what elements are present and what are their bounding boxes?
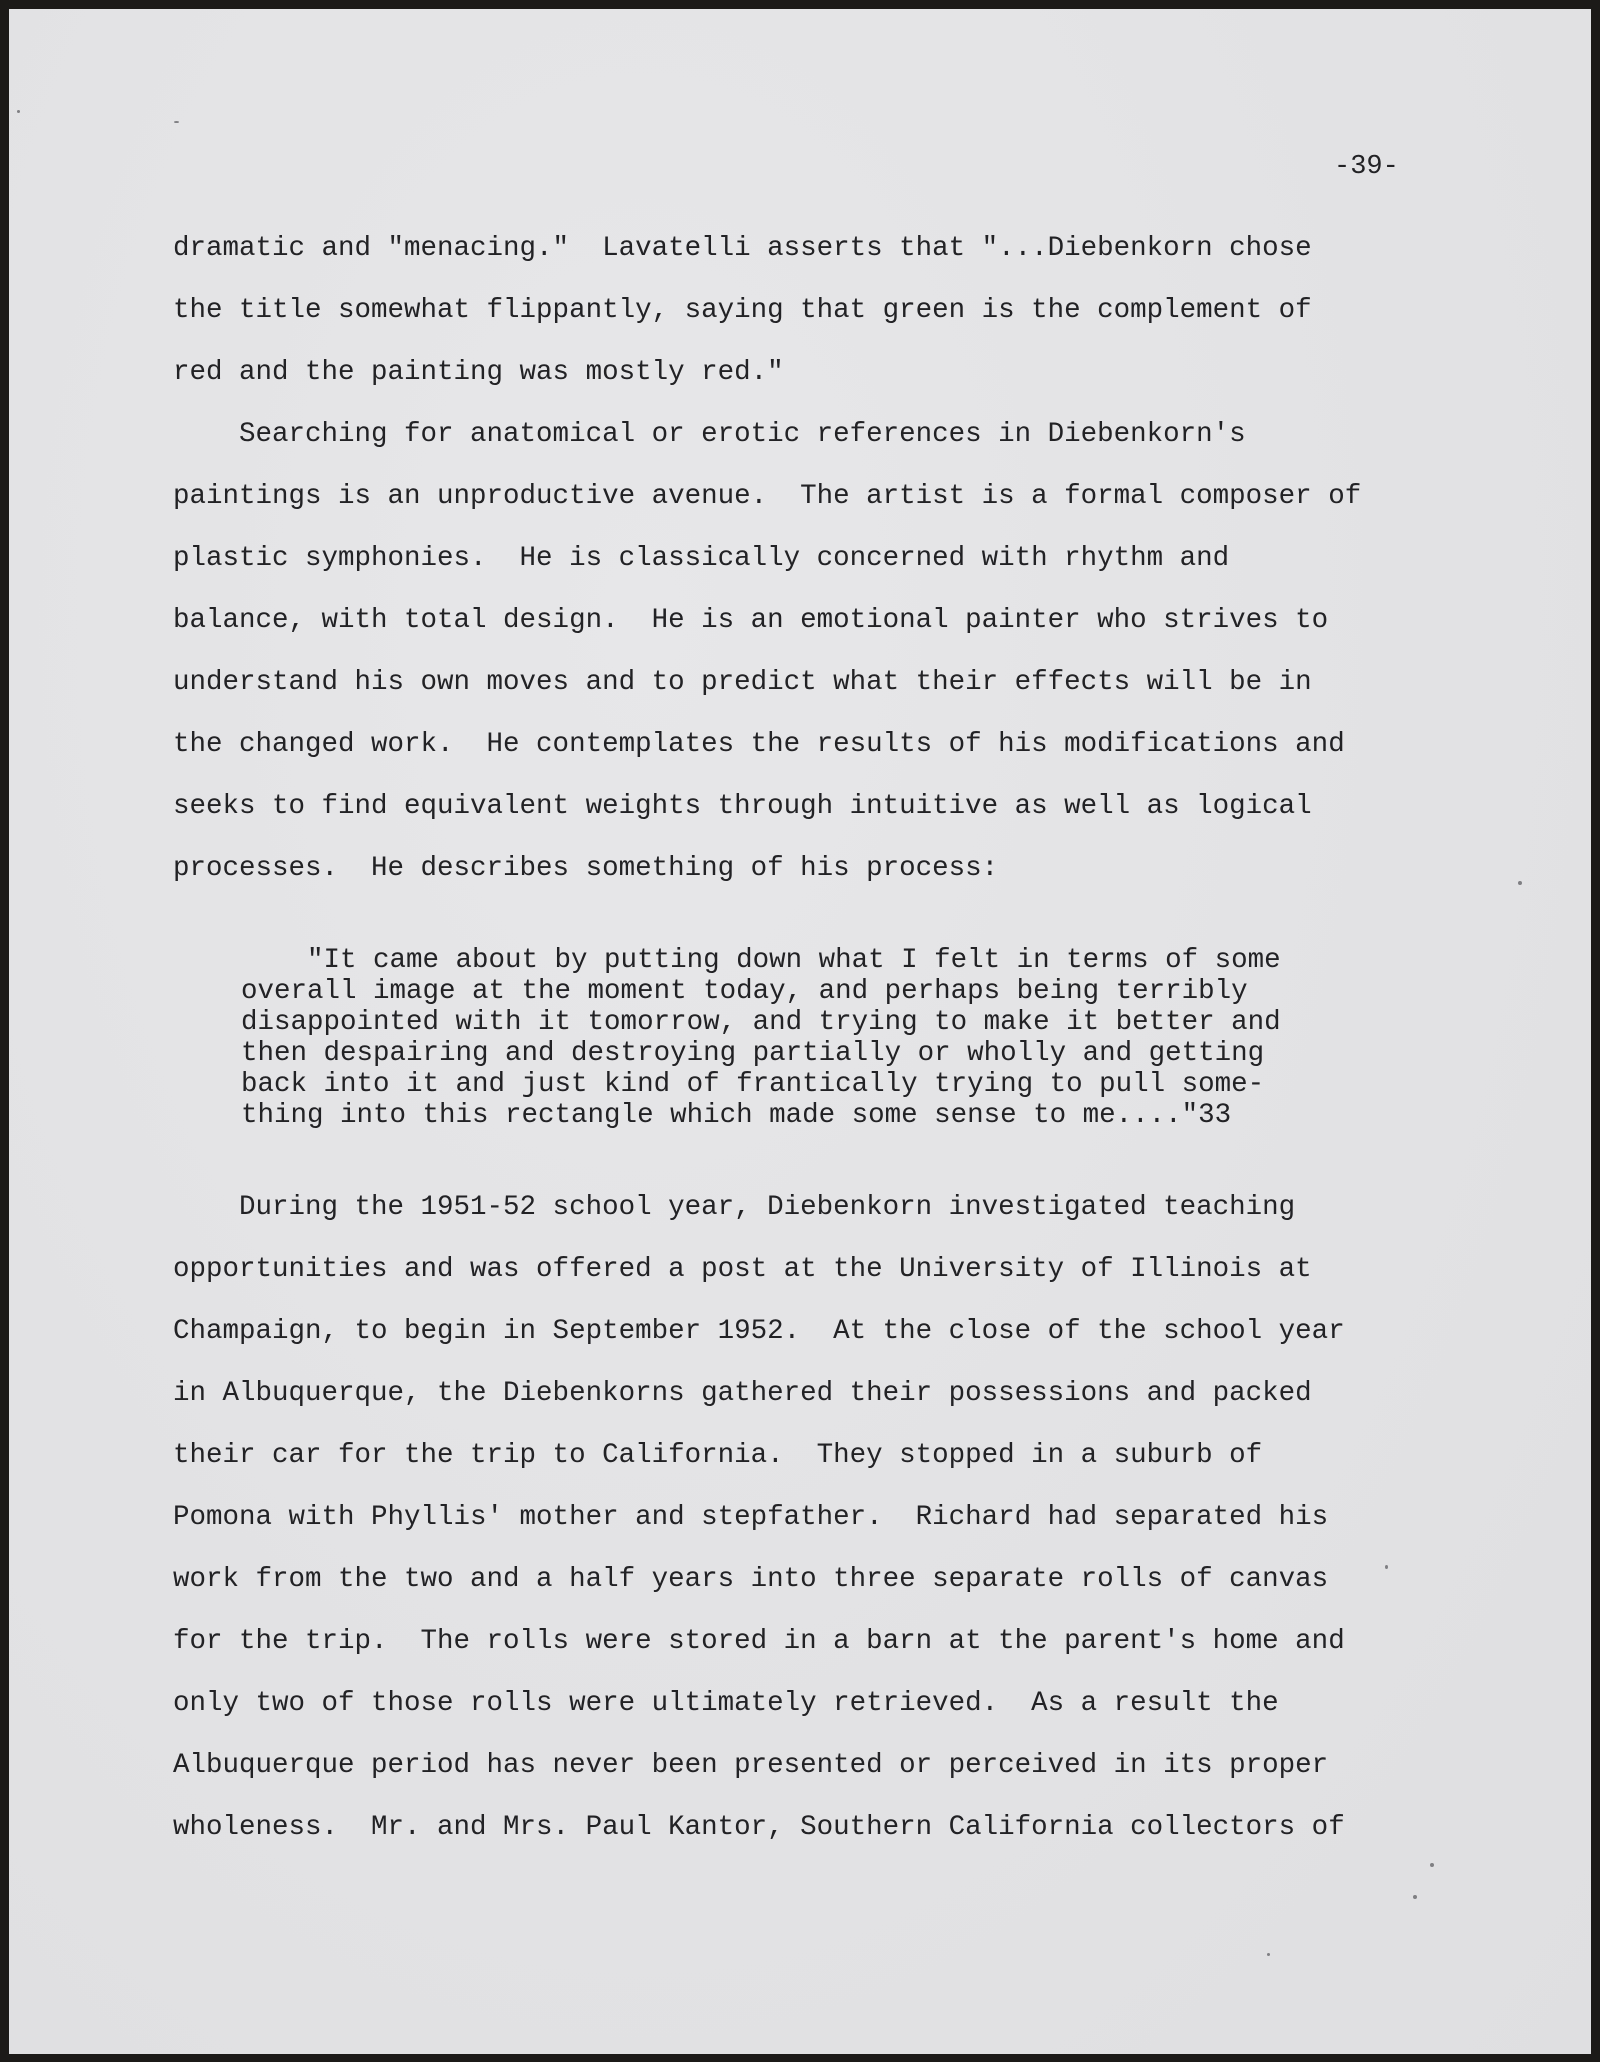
paragraph-3-line: Pomona with Phyllis' mother and stepfath… bbox=[173, 1502, 1328, 1533]
scan-speck bbox=[1385, 1565, 1388, 1569]
scan-speck bbox=[17, 110, 20, 113]
paragraph-2-line: balance, with total design. He is an emo… bbox=[173, 605, 1328, 636]
block-quote-line: back into it and just kind of franticall… bbox=[241, 1069, 1264, 1100]
paragraph-3-line: only two of those rolls were ultimately … bbox=[173, 1688, 1279, 1719]
block-quote-line: thing into this rectangle which made som… bbox=[241, 1100, 1231, 1131]
paragraph-3-line: Champaign, to begin in September 1952. A… bbox=[173, 1316, 1345, 1347]
scan-speck bbox=[174, 121, 179, 123]
paragraph-continuation-line: dramatic and "menacing." Lavatelli asser… bbox=[173, 233, 1312, 264]
paragraph-2-line: the changed work. He contemplates the re… bbox=[173, 729, 1345, 760]
scan-speck bbox=[1413, 1895, 1417, 1899]
paragraph-2-line: processes. He describes something of his… bbox=[173, 853, 998, 884]
block-quote-line: "It came about by putting down what I fe… bbox=[241, 945, 1281, 976]
paragraph-2-line: seeks to find equivalent weights through… bbox=[173, 791, 1312, 822]
paragraph-3-line: opportunities and was offered a post at … bbox=[173, 1254, 1312, 1285]
block-quote-line: overall image at the moment today, and p… bbox=[241, 976, 1248, 1007]
paragraph-3-line: for the trip. The rolls were stored in a… bbox=[173, 1626, 1345, 1657]
paragraph-3-line: Albuquerque period has never been presen… bbox=[173, 1750, 1328, 1781]
page-number: -39- bbox=[1334, 152, 1399, 182]
paragraph-continuation-line: the title somewhat flippantly, saying th… bbox=[173, 295, 1312, 326]
paragraph-3-line: work from the two and a half years into … bbox=[173, 1564, 1328, 1595]
scan-speck bbox=[1267, 1953, 1270, 1956]
paragraph-3-line: in Albuquerque, the Diebenkorns gathered… bbox=[173, 1378, 1312, 1409]
paragraph-2-line: plastic symphonies. He is classically co… bbox=[173, 543, 1229, 574]
paragraph-2-line: paintings is an unproductive avenue. The… bbox=[173, 481, 1361, 512]
scan-speck bbox=[1518, 881, 1522, 885]
typed-page: -39- dramatic and "menacing." Lavatelli … bbox=[9, 9, 1591, 2054]
paragraph-continuation-line: red and the painting was mostly red." bbox=[173, 357, 784, 388]
paragraph-3-line: wholeness. Mr. and Mrs. Paul Kantor, Sou… bbox=[173, 1812, 1345, 1843]
paragraph-2-line: understand his own moves and to predict … bbox=[173, 667, 1312, 698]
scan-speck bbox=[1430, 1863, 1434, 1867]
block-quote-line: then despairing and destroying partially… bbox=[241, 1038, 1264, 1069]
paragraph-3-line: their car for the trip to California. Th… bbox=[173, 1440, 1262, 1471]
block-quote-line: disappointed with it tomorrow, and tryin… bbox=[241, 1007, 1281, 1038]
paragraph-2-line: Searching for anatomical or erotic refer… bbox=[173, 419, 1246, 450]
paragraph-3-line: During the 1951-52 school year, Diebenko… bbox=[173, 1192, 1295, 1223]
